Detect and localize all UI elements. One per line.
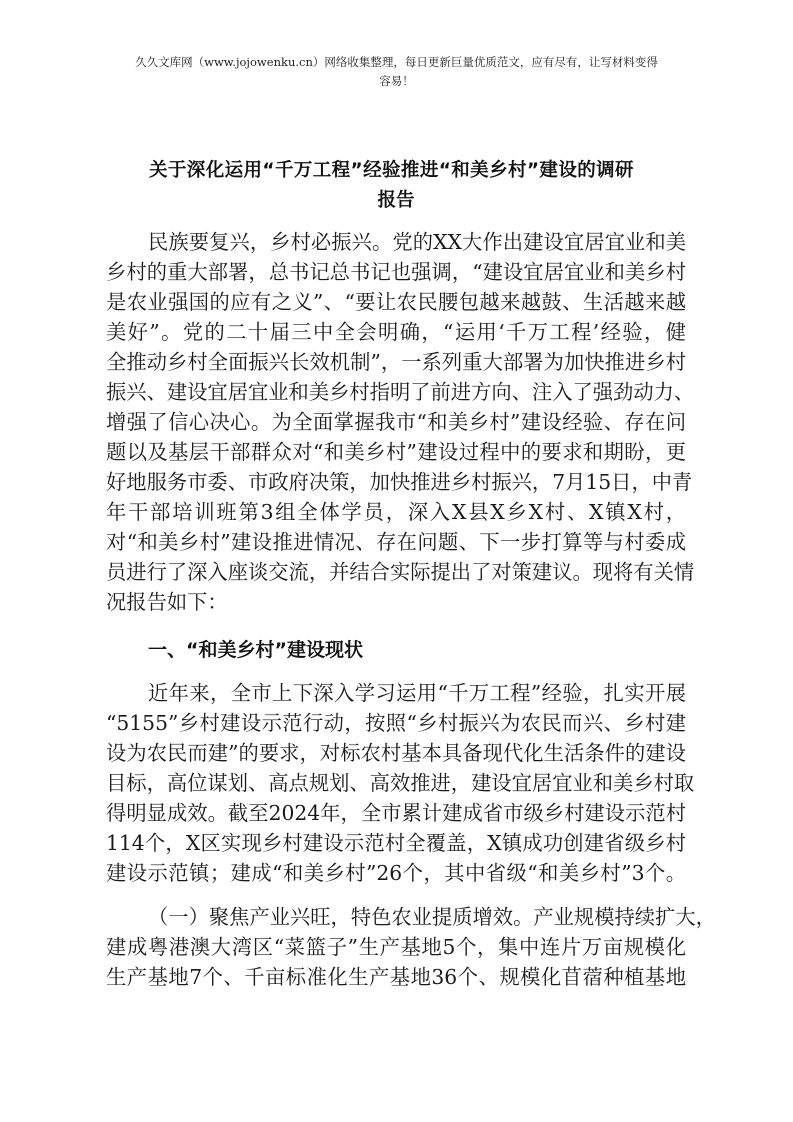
text-line: 年干部培训班第3组全体学员，深入X县X乡X村、X镇X村， [106,497,686,527]
text-line: 得明显成效。截至2024年，全市累计建成省市级乡村建设示范村 [106,798,686,828]
text-line: 生产基地7个、千亩标准化生产基地36个、规模化苜蓿种植基地 [106,962,686,992]
section-heading-1: 一、“和美乡村”建设现状 [148,635,363,665]
source-watermark: 久久文库网（www.jojowenku.cn）网络收集整理，每日更新巨量优质范文… [100,53,693,91]
text-line: 增强了信心决心。为全面掌握我市“和美乡村”建设经验、存在问 [106,407,686,437]
text-line: 民族要复兴，乡村必振兴。党的XX大作出建设宜居宜业和美 [148,227,686,257]
text-line: 全推动乡村全面振兴长效机制”，一系列重大部署为加快推进乡村 [106,347,686,377]
text-line: 乡村的重大部署，总书记总书记也强调，“建设宜居宜业和美乡村 [106,257,686,287]
title-line-1: 关于深化运用“千万工程”经验推进“和美乡村”建设的调研 [106,156,686,186]
text-line: （一）聚焦产业兴旺，特色农业提质增效。产业规模持续扩大， [148,902,686,932]
text-line: 建设示范镇；建成“和美乡村”26个，其中省级“和美乡村”3个。 [106,858,686,888]
text-line: 近年来，全市上下深入学习运用“千万工程”经验，扎实开展 [148,678,686,708]
text-line: 目标，高位谋划、高点规划、高效推进，建设宜居宜业和美乡村取 [106,768,686,798]
document-title: 关于深化运用“千万工程”经验推进“和美乡村”建设的调研 报告 [106,156,686,216]
text-line: 好地服务市委、市政府决策，加快推进乡村振兴，7月15日，中青 [106,467,686,497]
text-line: 员进行了深入座谈交流，并结合实际提出了对策建议。现将有关情 [106,557,686,587]
title-line-2: 报告 [106,186,686,216]
text-line: “5155”乡村建设示范行动，按照“乡村振兴为农民而兴、乡村建 [106,708,686,738]
text-line: 是农业强国的应有之义”、“要让农民腰包越来越鼓、生活越来越 [106,287,686,317]
text-line: 114个，X区实现乡村建设示范村全覆盖，X镇成功创建省级乡村 [106,828,686,858]
text-line: 题以及基层干部群众对“和美乡村”建设过程中的要求和期盼，更 [106,437,686,467]
watermark-line-2: 容易！ [100,72,693,91]
text-line: 况报告如下： [106,587,686,617]
document-page: 久久文库网（www.jojowenku.cn）网络收集整理，每日更新巨量优质范文… [0,0,793,1122]
text-line: 振兴、建设宜居宜业和美乡村指明了前进方向、注入了强劲动力、 [106,377,686,407]
text-line: 建成粤港澳大湾区“菜篮子”生产基地5个，集中连片万亩规模化 [106,932,686,962]
text-line: 设为农民而建”的要求，对标农村基本具备现代化生活条件的建设 [106,738,686,768]
watermark-line-1: 久久文库网（www.jojowenku.cn）网络收集整理，每日更新巨量优质范文… [100,53,693,72]
text-line: 对“和美乡村”建设推进情况、存在问题、下一步打算等与村委成 [106,527,686,557]
text-line: 美好”。党的二十届三中全会明确，“运用‘千万工程’经验，健 [106,317,686,347]
